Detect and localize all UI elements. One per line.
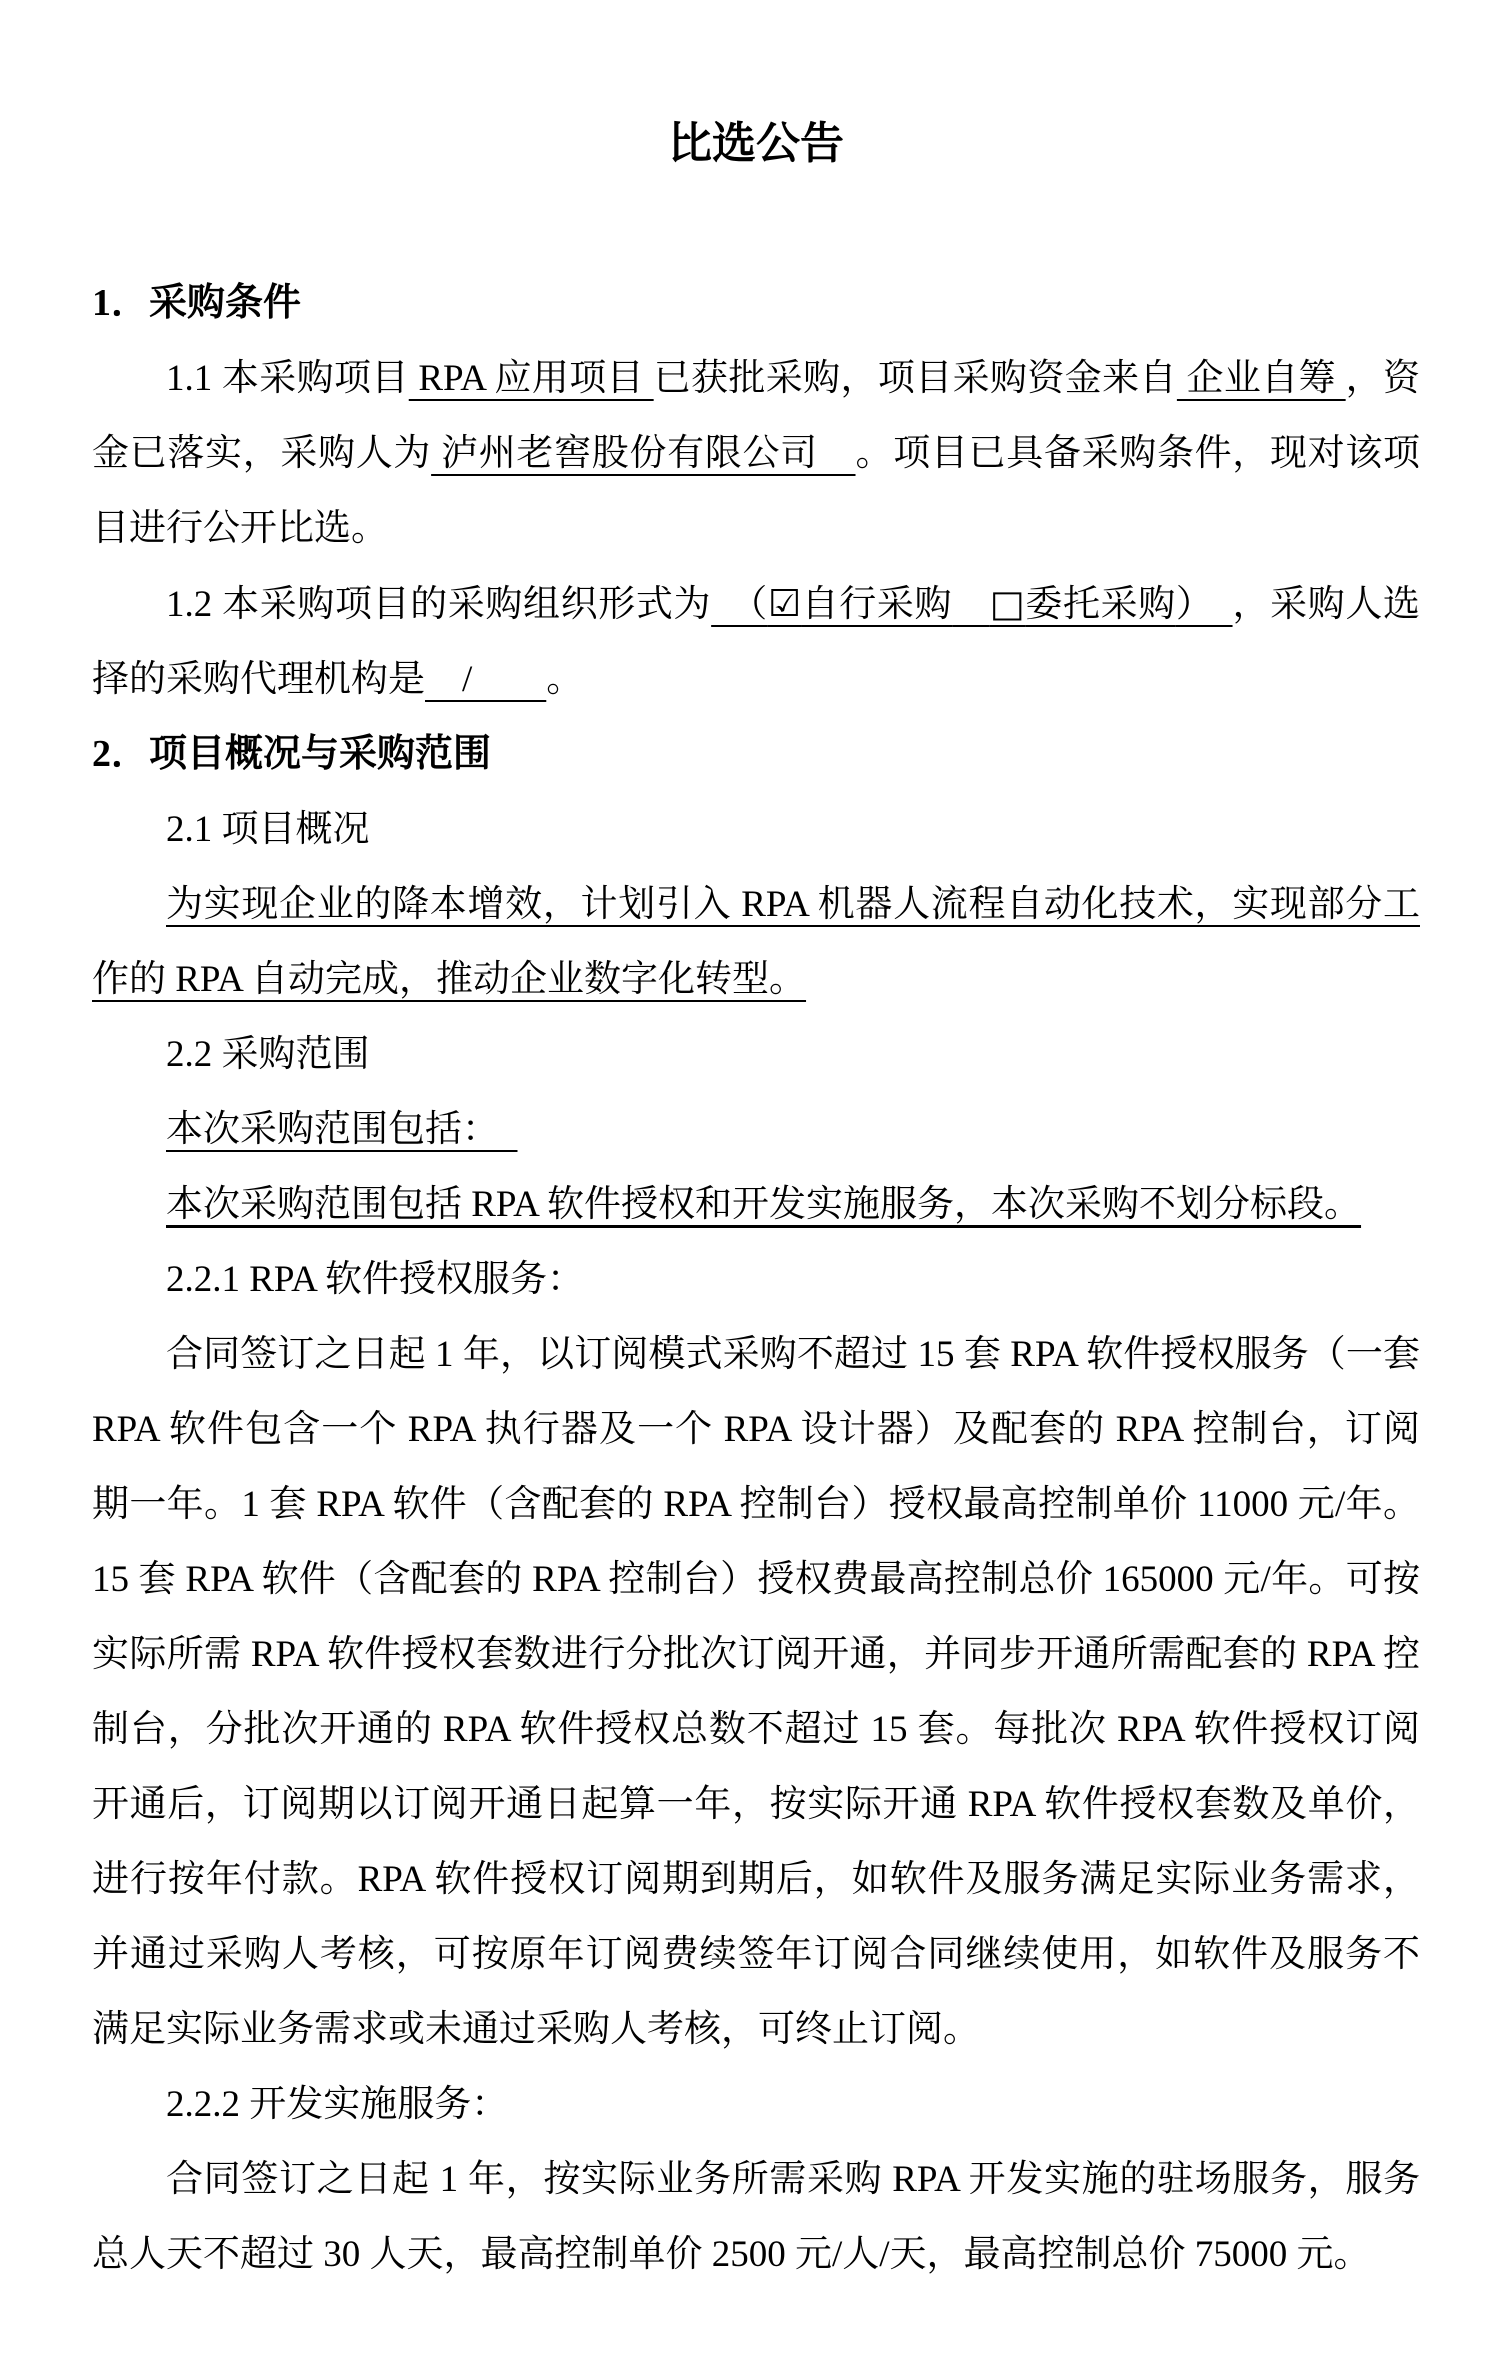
checked-checkbox-icon: ☑ <box>768 582 801 625</box>
project-overview-text: 为实现企业的降本增效，计划引入 RPA 机器人流程自动化技术，实现部分工作的 R… <box>92 884 1420 1000</box>
blank-org-form: （☑自行采购 □委托采购） <box>711 584 1232 625</box>
blank-project-name: RPA 应用项目 <box>409 358 654 399</box>
clause-1-1-lead: 1.1 本采购项目 <box>166 358 409 399</box>
license-service-paragraph: 合同签订之日起 1 年，以订阅模式采购不超过 15 套 RPA 软件授权服务（一… <box>92 1317 1420 2067</box>
blank-funding-source: 企业自筹 <box>1177 358 1346 399</box>
blank-purchaser-name: 泸州老窖股份有限公司 <box>431 433 855 474</box>
org-form-self-label: 自行采购 <box>801 584 952 625</box>
subsection-2-2-2-heading: 2.2.2 开发实施服务： <box>92 2067 1420 2142</box>
clause-1-2-tail: 。 <box>546 659 583 700</box>
document-title: 比选公告 <box>92 118 1420 170</box>
scope-detail-line: 本次采购范围包括 RPA 软件授权和开发实施服务，本次采购不划分标段。 <box>92 1167 1420 1242</box>
scope-intro-text: 本次采购范围包括： <box>166 1109 518 1150</box>
dev-service-paragraph: 合同签订之日起 1 年，按实际业务所需采购 RPA 开发实施的驻场服务，服务总人… <box>92 2142 1420 2292</box>
subsection-2-1-heading: 2.1 项目概况 <box>92 792 1420 867</box>
project-overview-paragraph: 为实现企业的降本增效，计划引入 RPA 机器人流程自动化技术，实现部分工作的 R… <box>92 867 1420 1017</box>
section-1-heading: 1．采购条件 <box>92 266 1420 341</box>
clause-1-2: 1.2 本采购项目的采购组织形式为 （☑自行采购 □委托采购） ，采购人选择的采… <box>92 566 1420 717</box>
document-page: 比选公告 1．采购条件 1.1 本采购项目 RPA 应用项目 已获批采购，项目采… <box>0 0 1500 2375</box>
blank-agency-name: / <box>425 659 546 700</box>
subsection-2-2-1-heading: 2.2.1 RPA 软件授权服务： <box>92 1242 1420 1317</box>
clause-1-1-mid-1: 已获批采购，项目采购资金来自 <box>654 358 1177 399</box>
org-form-delegate-label: 委托采购 <box>1025 584 1175 625</box>
section-2-heading: 2．项目概况与采购范围 <box>92 717 1420 792</box>
clause-1-2-lead: 1.2 本采购项目的采购组织形式为 <box>166 584 711 625</box>
org-form-gap <box>952 584 990 625</box>
unchecked-checkbox-icon: □ <box>990 582 1026 625</box>
org-form-open-paren: （ <box>711 584 768 625</box>
org-form-close-paren: ） <box>1176 584 1233 625</box>
scope-intro-line: 本次采购范围包括： <box>92 1092 1420 1167</box>
subsection-2-2-heading: 2.2 采购范围 <box>92 1017 1420 1092</box>
clause-1-1: 1.1 本采购项目 RPA 应用项目 已获批采购，项目采购资金来自 企业自筹 ，… <box>92 341 1420 566</box>
scope-detail-text: 本次采购范围包括 RPA 软件授权和开发实施服务，本次采购不划分标段。 <box>166 1184 1361 1225</box>
